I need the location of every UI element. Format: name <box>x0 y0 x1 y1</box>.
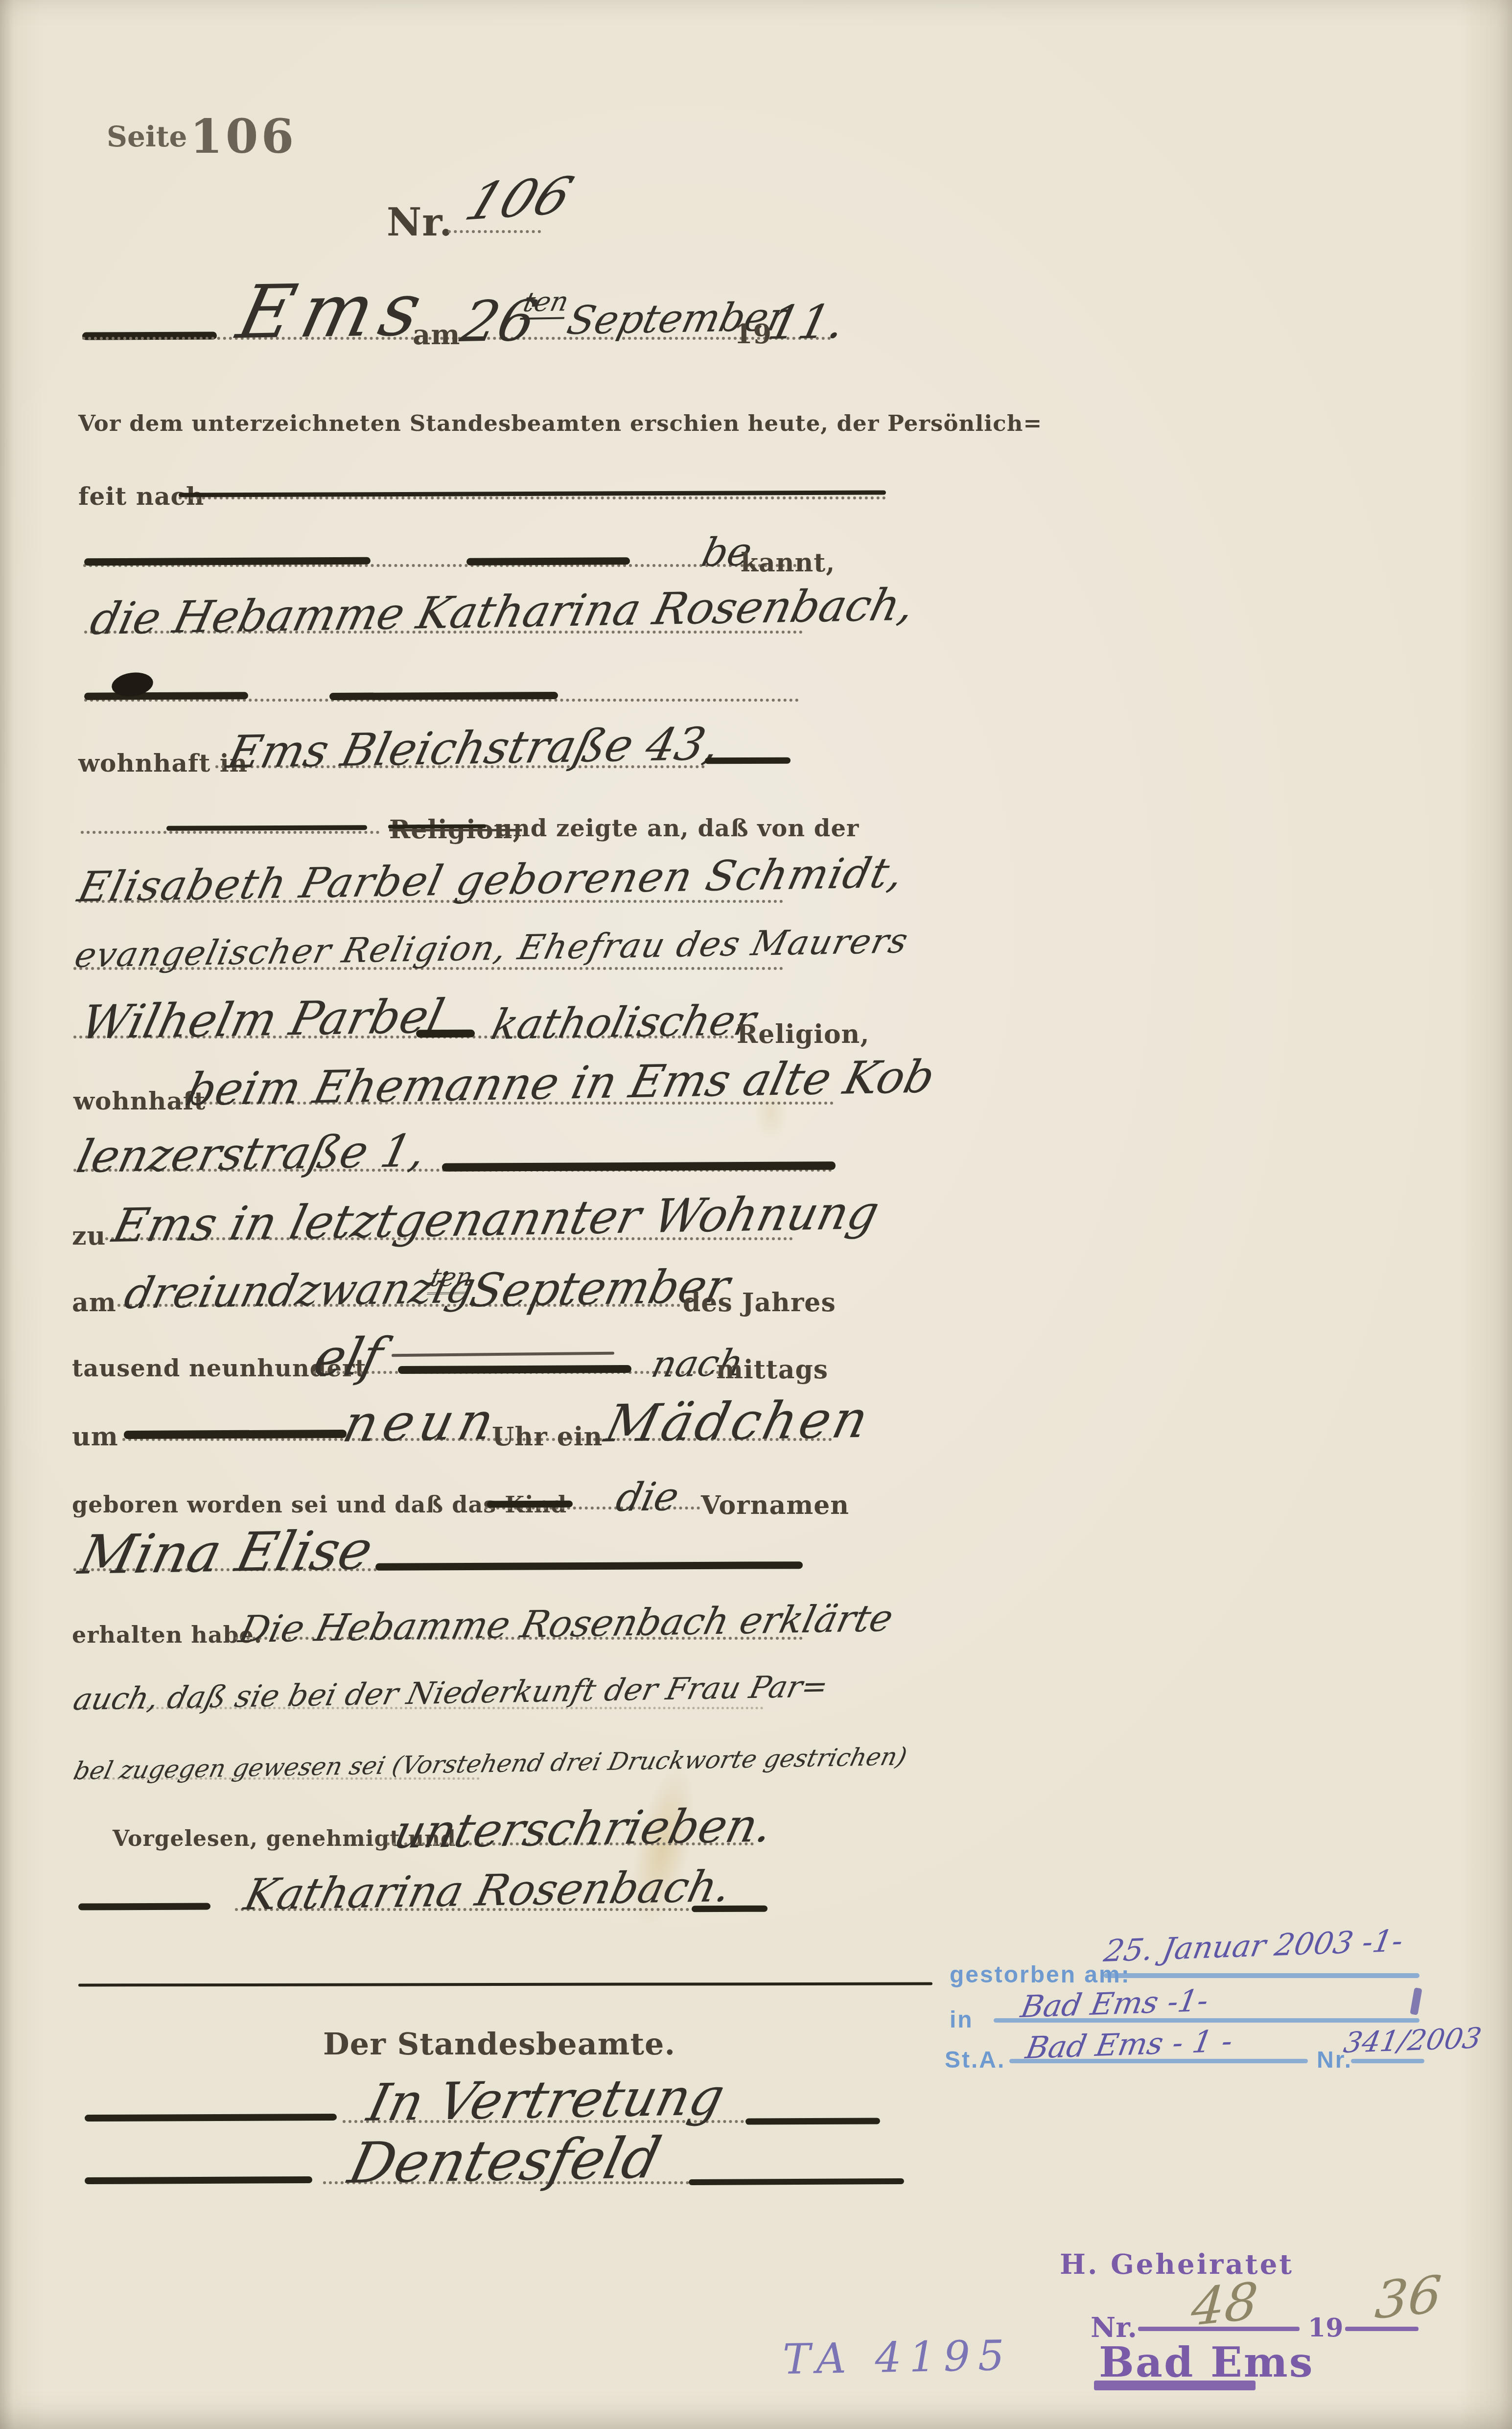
ink-strike <box>375 1561 803 1571</box>
ink-strike <box>388 825 486 829</box>
ink-strike <box>466 557 630 565</box>
ink-strike <box>84 692 248 700</box>
ink-strike <box>442 1161 836 1172</box>
birthday-label: am <box>72 1288 116 1318</box>
mother-name: Elisabeth Parbel geborenen Schmidt, <box>73 849 909 912</box>
ink-strike <box>705 757 791 764</box>
ink-strike <box>745 2118 880 2124</box>
birthplace-label: zu <box>72 1221 106 1251</box>
record-number-value: 106 <box>458 165 581 232</box>
birthday-year-label: des Jahres <box>683 1288 836 1318</box>
date-year: 11. <box>764 295 850 350</box>
father-name: Wilhelm Parbel <box>76 990 449 1050</box>
ink-strike <box>85 2114 337 2122</box>
death-stamp-line <box>1351 2059 1424 2063</box>
ink-strike <box>329 692 558 700</box>
death-stamp-line <box>1104 1973 1419 1978</box>
residence-value: Ems Bleichstraße 43, <box>223 718 725 778</box>
father-res-value: beim Ehemanne in Ems alte Kob <box>181 1051 940 1116</box>
birthplace-value: Ems in letztgenannter Wohnung <box>108 1186 884 1253</box>
death-stamp-sta-label: St.A. <box>945 2047 1005 2074</box>
ink-strike <box>124 1430 347 1439</box>
received-printed: erhalten habe. <box>72 1622 262 1648</box>
vornamen-printed: Vornamen <box>701 1490 849 1520</box>
ink-strike <box>166 825 367 831</box>
death-stamp-nr-value: 341/2003 <box>1341 2021 1484 2059</box>
death-stamp-in-value: Bad Ems -1- <box>1018 1982 1211 2025</box>
ink-strike <box>487 1501 573 1508</box>
registrar-signature: Dentesfeld <box>343 2125 667 2196</box>
child-sex: Mädchen <box>600 1390 877 1454</box>
time-label: um <box>72 1422 118 1452</box>
appearer-signature: Katharina Rosenbach. <box>240 1861 736 1920</box>
page-number-stamp: 106 <box>190 109 297 164</box>
marriage-stamp-year-value: 36 <box>1373 2264 1443 2331</box>
religion-baseline <box>81 831 379 834</box>
closing-hand: unterschrieben. <box>389 1799 778 1859</box>
time-printed: Uhr ein <box>492 1422 603 1452</box>
received-hand: Die Hebamme Rosenbach erklärte <box>235 1596 897 1651</box>
announce-printed: und zeigte an, daß von der <box>495 815 859 842</box>
known-printed: kannt, <box>741 548 835 578</box>
declaration-line3: bel zugegen gewesen sei (Vorstehend drei… <box>71 1742 910 1785</box>
date-place: Ems <box>230 267 438 355</box>
page-label: Seite <box>107 120 187 153</box>
archive-note: TA 4195 <box>782 2332 1012 2384</box>
ink-strike <box>689 2178 904 2185</box>
identity-line <box>179 496 886 499</box>
appearer-name: die Hebamme Katharina Rosenbach, <box>86 579 920 645</box>
ink-strike <box>692 1906 768 1912</box>
father-religion-printed: Religion, <box>737 1019 870 1049</box>
death-stamp-sta-value: Bad Ems - 1 - <box>1023 2023 1235 2066</box>
death-stamp-died-value: 25. Januar 2003 -1- <box>1101 1923 1406 1969</box>
father-res-value2: lenzerstraße 1, <box>72 1125 431 1183</box>
year-hand: elf <box>308 1327 388 1388</box>
record-number-label: Nr. <box>387 200 453 245</box>
ink-strike <box>398 1365 631 1374</box>
birthday-day-suffix: ten <box>427 1263 476 1295</box>
birthday-day: dreiundzwanzig <box>120 1262 481 1319</box>
daytime-printed: mittags <box>716 1355 828 1385</box>
declaration-line2: auch, daß sie bei der Niederkunft der Fr… <box>70 1668 832 1717</box>
death-stamp-in-label: in <box>950 2006 974 2033</box>
place-stamp-underline <box>1094 2381 1256 2390</box>
mother-religion: evangelischer Religion, Ehefrau des Maur… <box>71 920 912 975</box>
in-vertretung-hand: In Vertretung <box>362 2067 730 2133</box>
ink-strike <box>78 1903 210 1910</box>
child-name: Mina Elise <box>73 1519 379 1586</box>
time-hand: neun <box>338 1391 506 1454</box>
document-page: Seite 106 Nr. 106 Ems am 26 ten Septembe… <box>0 0 1512 2429</box>
separator-line <box>78 1982 932 1986</box>
vornamen-hand: die <box>612 1474 683 1520</box>
blue-pen-tick <box>1410 1987 1422 2015</box>
residence-label: wohnhaft in <box>78 749 248 778</box>
place-stamp: Bad Ems <box>1099 2338 1314 2387</box>
ink-strike <box>84 557 371 566</box>
date-am-label: am <box>413 319 461 351</box>
ink-strike <box>416 1030 475 1038</box>
date-day-suffix: ten <box>520 285 572 320</box>
ink-strike <box>85 2176 312 2184</box>
ink-strike-thin <box>392 1352 614 1357</box>
father-religion: katholischer <box>487 996 761 1049</box>
intro-line1: Vor dem unterzeichneten Standesbeamten e… <box>78 410 1042 436</box>
registrar-title: Der Standesbeamte. <box>323 2026 675 2062</box>
marriage-stamp-nr-value: 48 <box>1189 2271 1260 2337</box>
